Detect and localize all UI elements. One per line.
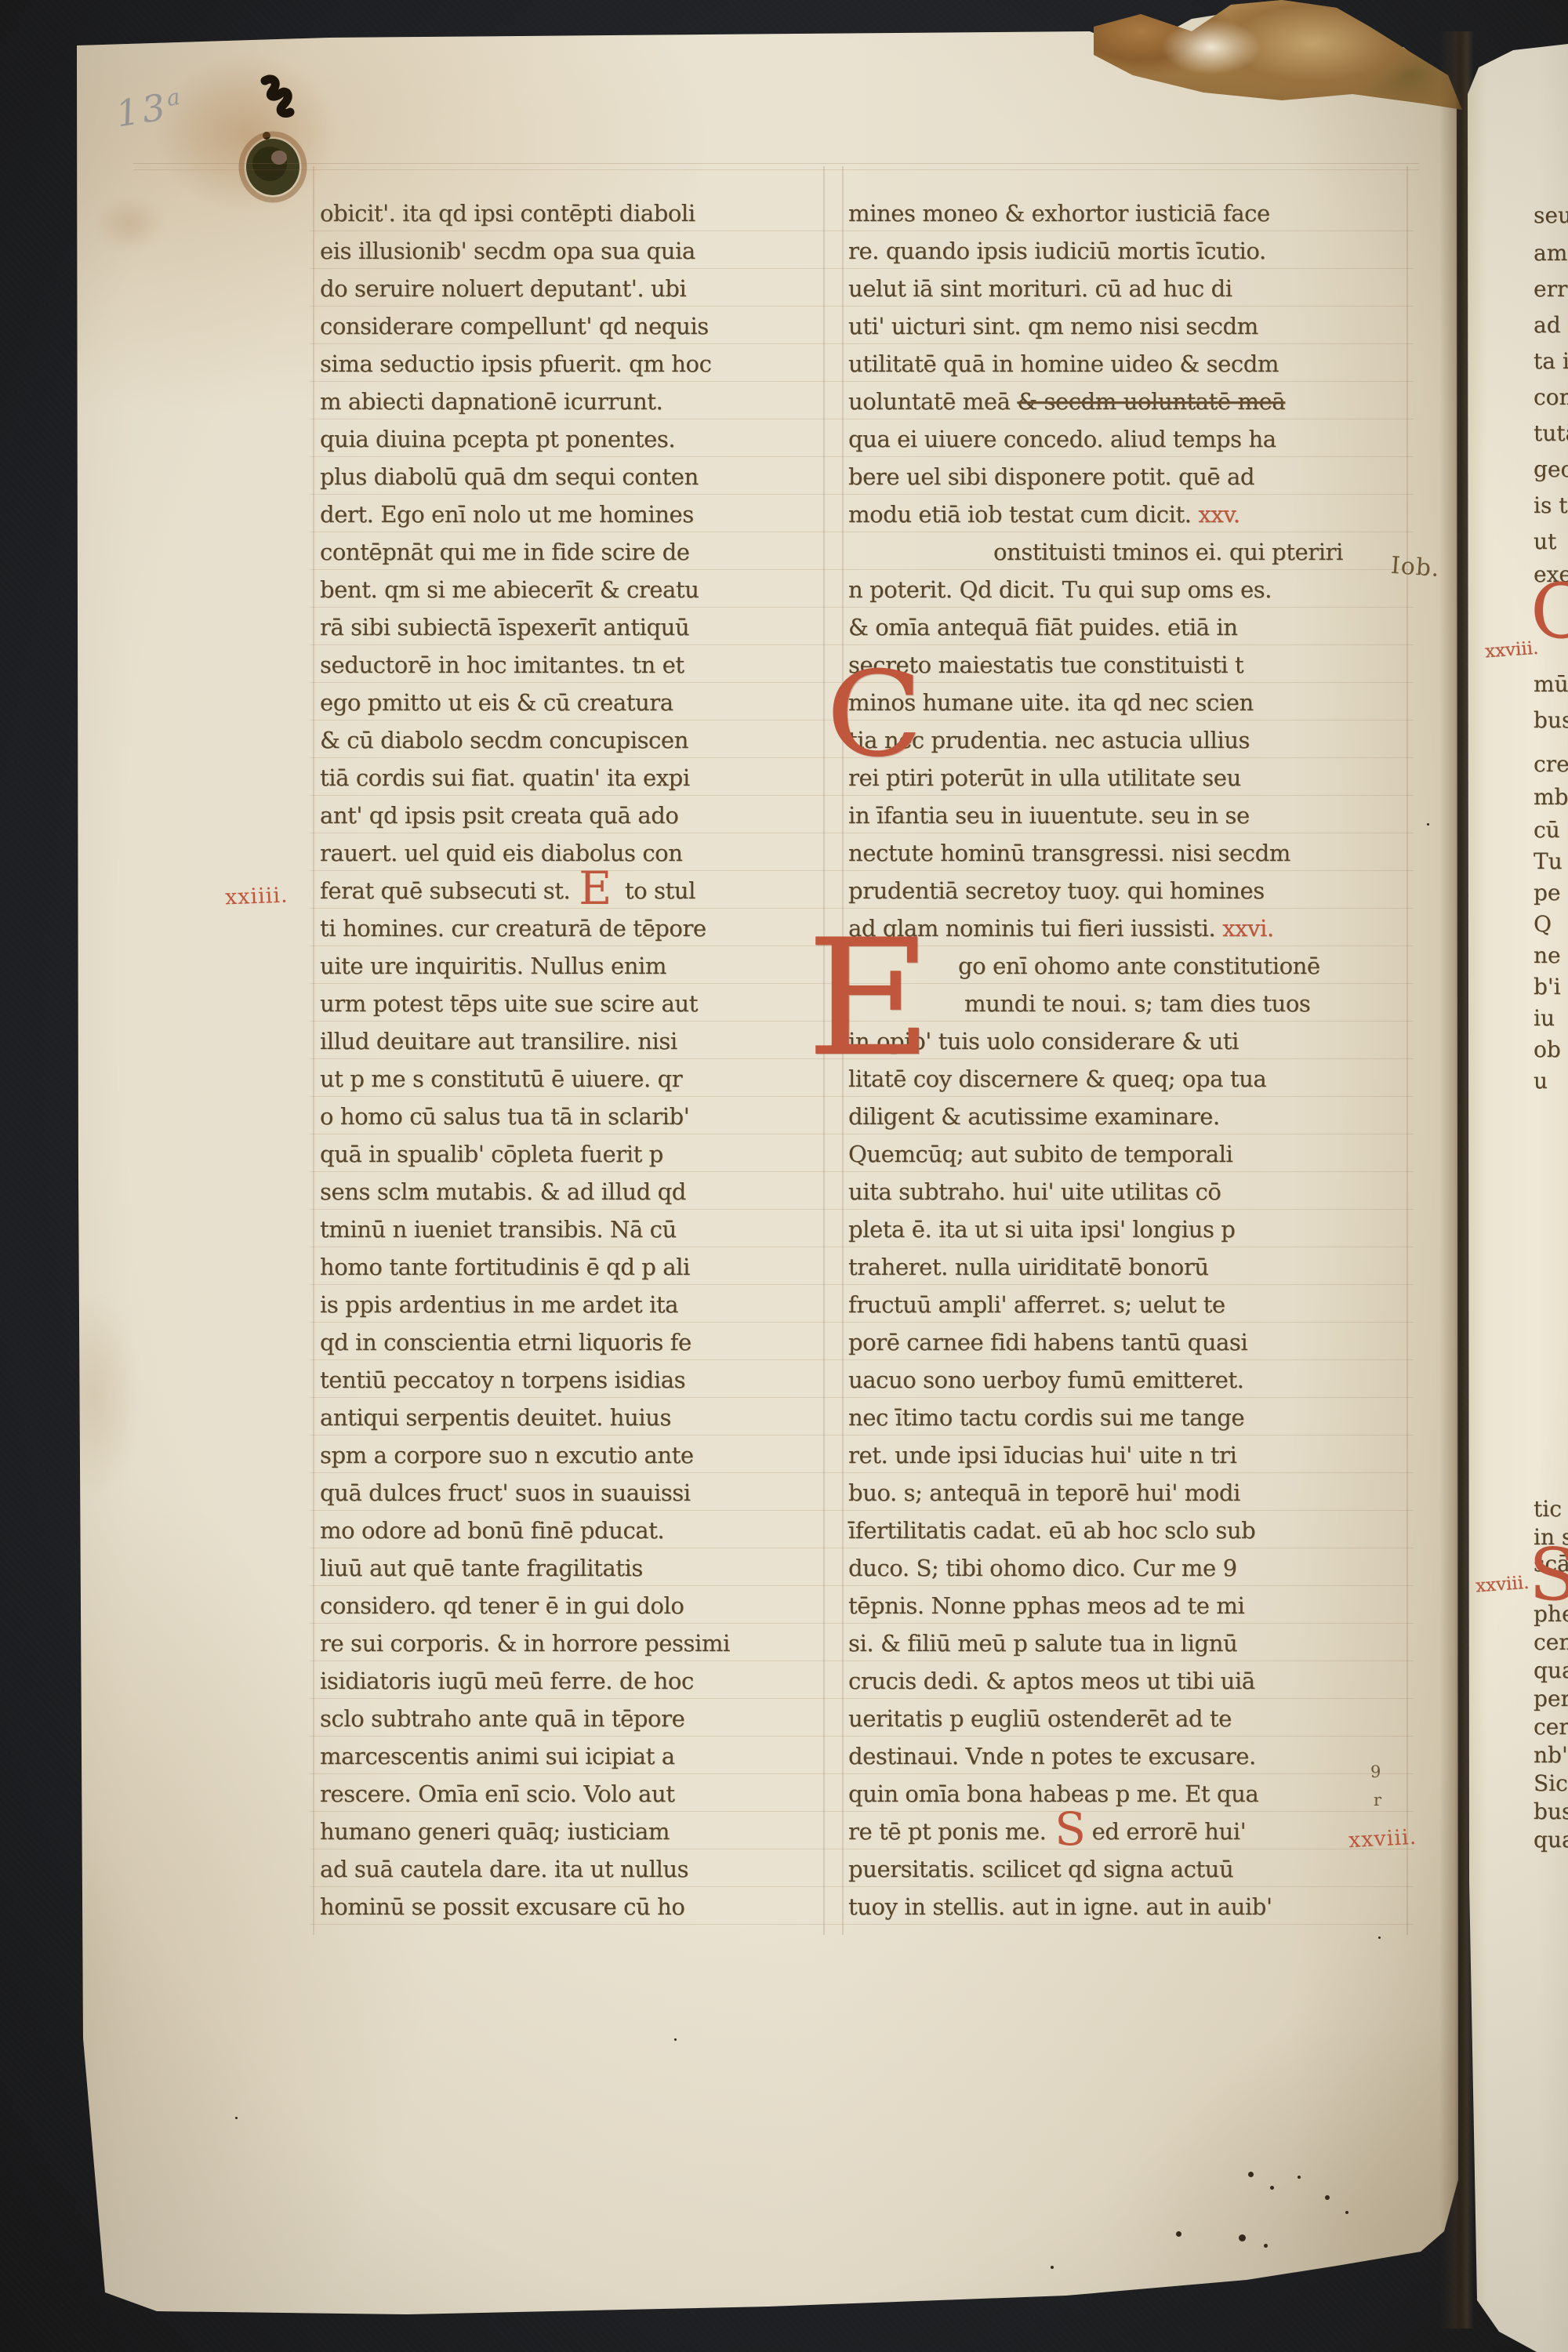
- edge-text-fragment: Sic q: [1534, 1770, 1568, 1796]
- text-line: dert. Ego enī nolo ut me homines: [320, 497, 694, 535]
- text-line: pleta ē. ita ut si uita ipsi' longius p: [848, 1212, 1235, 1250]
- edge-margin-note: xxviii.: [1484, 638, 1539, 662]
- text-line: re sui corporis. & in horrore pessimi: [320, 1626, 730, 1664]
- edge-text-fragment: tic: [1534, 1496, 1562, 1522]
- text-line: mines moneo & exhortor iusticiā face: [848, 196, 1270, 234]
- text-line: considerare compellunt' qd nequis: [320, 309, 709, 347]
- text-line: onstituisti tminos ei. qui pteriri: [848, 535, 1343, 572]
- text-line: tēpnis. Nonne pphas meos ad te mi: [848, 1588, 1244, 1626]
- edge-text-fragment: ne: [1534, 942, 1561, 968]
- text-line: ego pmitto ut eis & cū creatura: [320, 685, 673, 723]
- text-line: spm a corpore suo n excutio ante: [320, 1438, 694, 1475]
- edge-text-fragment: iu: [1534, 1005, 1555, 1031]
- text-line: crucis dedi. & aptos meos ut tibi uiā: [848, 1664, 1255, 1701]
- water-stain: [157, 55, 337, 212]
- text-line: & omīa antequā fiāt puides. etiā in: [848, 610, 1238, 648]
- parchment-speck: [1264, 2244, 1268, 2248]
- text-line: ad glam nominis tui fieri iussisti. xxvi…: [848, 911, 1274, 949]
- painted-initial-C: C: [826, 668, 923, 762]
- text-line: uti' uicturi sint. qm nemo nisi secdm: [848, 309, 1258, 347]
- text-line: uacuo sono uerboy fumū emitteret.: [848, 1363, 1244, 1400]
- edge-text-fragment: cens: [1534, 1629, 1568, 1655]
- text-line: m abiecti dapnationē icurrunt.: [320, 384, 662, 422]
- text-line: homo tante fortitudinis ē qd p ali: [320, 1250, 690, 1287]
- parchment-speck: [1239, 2234, 1246, 2241]
- edge-text-fragment: seu: [1534, 202, 1568, 228]
- text-line: porē carnee fidi habens tantū quasi: [848, 1325, 1247, 1363]
- edge-text-fragment: u: [1534, 1068, 1548, 1094]
- margin-note: Iob.: [1390, 552, 1441, 583]
- text-line: sima seductio ipsis pfuerit. qm hoc: [320, 347, 711, 384]
- text-line: ut p me s constitutū ē uiuere. qr: [320, 1062, 682, 1099]
- text-line: ad suā cautela dare. ita ut nullus: [320, 1852, 688, 1889]
- text-line: buo. s; antequā in teporē hui' modi: [848, 1475, 1240, 1513]
- edge-text-fragment: is ti: [1534, 492, 1568, 518]
- text-line: n poterit. Qd dicit. Tu qui sup oms es.: [848, 572, 1272, 610]
- text-line: isidiatoris iugū meū ferre. de hoc: [320, 1664, 694, 1701]
- folio-suffix: a: [165, 83, 185, 111]
- text-line: ti homines. cur creaturā de tēpore: [320, 911, 706, 949]
- text-line: īfertilitatis cadat. eū ab hoc sclo sub: [848, 1513, 1255, 1551]
- edge-text-fragment: quasi: [1534, 1827, 1568, 1853]
- ruling-top-line: [133, 163, 1419, 164]
- text-line: plus diabolū quā dm sequi conten: [320, 459, 699, 497]
- edge-text-fragment: pe: [1534, 880, 1561, 906]
- text-line: marcescentis animi sui icipiat a: [320, 1739, 675, 1777]
- edge-text-fragment: qua: [1534, 1657, 1568, 1683]
- painted-initial-E: E: [806, 935, 933, 1063]
- edge-text-fragment: ob: [1534, 1036, 1561, 1062]
- text-line: go enī ohomo ante constitutionē: [848, 949, 1320, 986]
- text-line: quin omīa bona habeas p me. Et qua: [848, 1777, 1258, 1814]
- parchment-speck: [1378, 1936, 1381, 1939]
- edge-red-initial-O: O: [1530, 582, 1568, 642]
- edge-text-fragment: ut: [1534, 528, 1556, 554]
- parchment-speck: [674, 2038, 677, 2041]
- ruling-lines-horizontal: [310, 230, 1414, 1932]
- edge-text-fragment: nb'o: [1534, 1742, 1568, 1768]
- edge-text-fragment: Q: [1534, 911, 1552, 937]
- parchment-speck: [1345, 2211, 1348, 2214]
- parchment-speck: [423, 1192, 426, 1194]
- text-line: litatē coy discernere & queq; opa tua: [848, 1062, 1266, 1099]
- text-line: quā dulces fruct' suos in suauissi: [320, 1475, 691, 1513]
- parchment-speck: [1298, 2176, 1301, 2179]
- margin-note: xxiiii.: [224, 884, 289, 910]
- struck-text: & secdm uoluntatē meā: [1017, 388, 1285, 415]
- ruling-right-column-right: [1406, 166, 1408, 1935]
- text-line: uelut iā sint morituri. cū ad huc di: [848, 271, 1232, 309]
- rubric-numeral: xxvi.: [1222, 915, 1274, 942]
- text-line: qd in conscientia etrni liquoris fe: [320, 1325, 691, 1363]
- edge-text-fragment: geo: [1534, 456, 1568, 482]
- text-line: uite ure inquiritis. Nullus enim: [320, 949, 666, 986]
- text-line: secreto maiestatis tue constituisti t: [848, 648, 1243, 685]
- text-line: sens sclm mutabis. & ad illud qd: [320, 1174, 686, 1212]
- text-line: fructuū ampli' afferret. s; uelut te: [848, 1287, 1225, 1325]
- text-line: in īfantia seu in iuuentute. seu in se: [848, 798, 1250, 836]
- edge-text-fragment: con: [1534, 384, 1568, 410]
- text-line: qua ei uiuere concedo. aliud temps ha: [848, 422, 1276, 459]
- text-line: prudentiā secretoy tuoy. qui homines: [848, 873, 1265, 911]
- ruling-left-column-right: [823, 166, 825, 1935]
- edge-text-fragment: cre: [1534, 751, 1568, 777]
- inline-red-initial: S: [1053, 1802, 1091, 1856]
- text-line: sclo subtraho ante quā in tēpore: [320, 1701, 684, 1739]
- text-line: tiā cordis sui fiat. quatin' ita expi: [320, 760, 690, 798]
- text-line: nec ītimo tactu cordis sui me tange: [848, 1400, 1244, 1438]
- text-line: uita subtraho. hui' uite utilitas cō: [848, 1174, 1221, 1212]
- edge-margin-note: xxviii.: [1475, 1573, 1530, 1597]
- text-line: liuū aut quē tante fragilitatis: [320, 1551, 643, 1588]
- ink-blotch: [235, 74, 392, 247]
- rubric-numeral: xxv.: [1198, 501, 1240, 528]
- edge-text-fragment: tutā: [1534, 420, 1568, 446]
- text-line: tminū n iueniet transibis. Nā cū: [320, 1212, 677, 1250]
- folio-number: 13: [113, 85, 171, 136]
- edge-text-fragment: b'i: [1534, 974, 1561, 1000]
- text-line: puersitatis. scilicet qd signa actuū: [848, 1852, 1233, 1889]
- text-line: tia nec prudentia. nec astucia ullius: [848, 723, 1250, 760]
- text-line: eis illusionib' secdm opa sua quia: [320, 234, 695, 271]
- text-line: re tē pt ponis me. Sed errorē hui': [848, 1814, 1246, 1852]
- edge-text-fragment: am: [1534, 240, 1567, 266]
- text-line: rauert. uel quid eis diabolus con: [320, 836, 683, 873]
- parchment-speck: [235, 2117, 238, 2119]
- photo-canvas: 13a obicit'. ita qd ipsi contēpti diabol…: [0, 0, 1568, 2352]
- text-line: rei ptiri poterūt in ulla utilitate seu: [848, 760, 1241, 798]
- parchment-speck: [1051, 2266, 1054, 2269]
- parchment-speck: [1248, 2172, 1254, 2177]
- text-line: & cū diabolo secdm concupiscen: [320, 723, 688, 760]
- ruling-right-column-left: [842, 166, 844, 1935]
- text-line: bere uel sibi disponere potit. quē ad: [848, 459, 1254, 497]
- text-line: bent. qm si me abiecerīt & creatu: [320, 572, 699, 610]
- water-stain-small: [94, 196, 165, 251]
- ruling-top-line2: [133, 169, 1419, 170]
- next-page-edge: seuamerread ita icontutāgeois tiutexemūb…: [1465, 0, 1568, 2352]
- text-line: modu etiā iob testat cum dicit. xxv.: [848, 497, 1240, 535]
- text-line: ueritatis p eugliū ostenderēt ad te: [848, 1701, 1232, 1739]
- parchment-speck: [1427, 823, 1429, 826]
- text-line: minos humane uite. ita qd nec scien: [848, 685, 1254, 723]
- text-line: nectute hominū transgressi. nisi secdm: [848, 836, 1290, 873]
- text-line: destinaui. Vnde n potes te excusare.: [848, 1739, 1256, 1777]
- pencil-folio-number: 13a: [113, 83, 187, 136]
- text-line: duco. S; tibi ohomo dico. Cur me 9: [848, 1551, 1237, 1588]
- text-line: considero. qd tener ē in gui dolo: [320, 1588, 684, 1626]
- parchment-speck: [1270, 2186, 1274, 2190]
- text-line: quā in spualib' cōpleta fuerit p: [320, 1137, 663, 1174]
- text-line: obicit'. ita qd ipsi contēpti diaboli: [320, 196, 695, 234]
- text-line: seductorē in hoc imitantes. tn et: [320, 648, 684, 685]
- text-line: illud deuitare aut transilire. nisi: [320, 1024, 677, 1062]
- text-line: Quemcūq; aut subito de temporali: [848, 1137, 1232, 1174]
- text-line: rā sibi subiectā īspexerīt antiquū: [320, 610, 689, 648]
- text-line: tuoy in stellis. aut in igne. aut in aui…: [848, 1889, 1272, 1927]
- manuscript-page: 13a obicit'. ita qd ipsi contēpti diabol…: [0, 0, 1466, 2321]
- text-line: hominū se possit excusare cū ho: [320, 1889, 684, 1927]
- text-line: mundi te noui. s; tam dies tuos: [848, 986, 1310, 1024]
- edge-text-fragment: mū: [1534, 671, 1568, 697]
- edge-text-fragment: erre: [1534, 276, 1568, 302]
- text-line: do seruire noluert deputant'. ubi: [320, 271, 686, 309]
- text-line: diligent & acutissime examinare.: [848, 1099, 1220, 1137]
- parchment-speck: [1325, 2195, 1330, 2200]
- text-line: ferat quē subsecuti st. E to stul: [320, 873, 695, 911]
- text-line: rescere. Omīa enī scio. Volo aut: [320, 1777, 674, 1814]
- edge-text-fragment: bus t: [1534, 1798, 1568, 1824]
- text-line: ret. unde ipsi īducias hui' uite n tri: [848, 1438, 1236, 1475]
- text-line: traheret. nulla uiriditatē bonorū: [848, 1250, 1209, 1287]
- margin-note: 9: [1370, 1762, 1381, 1781]
- edge-text-fragment: ta i: [1534, 348, 1568, 374]
- parchment-speck: [1176, 2231, 1181, 2237]
- text-line: utilitatē quā in homine uideo & secdm: [848, 347, 1279, 384]
- text-line: re. quando ipsis iudiciū mortis īcutio.: [848, 234, 1266, 271]
- text-line: antiqui serpentis deuitet. huius: [320, 1400, 671, 1438]
- ruling-left-column-left: [313, 166, 314, 1935]
- edge-text-fragment: Tu: [1534, 848, 1563, 874]
- text-line: contēpnāt qui me in fide scire de: [320, 535, 690, 572]
- text-line: urm potest tēps uite sue scire aut: [320, 986, 698, 1024]
- edge-text-fragment: pere: [1534, 1686, 1568, 1711]
- text-line: mo odore ad bonū finē pducat.: [320, 1513, 664, 1551]
- edge-red-initial-S: S: [1529, 1546, 1568, 1604]
- edge-text-fragment: ceru: [1534, 1714, 1568, 1740]
- text-line: humano generi quāq; iusticiam: [320, 1814, 670, 1852]
- text-line: o homo cū salus tua tā in sclarib': [320, 1099, 689, 1137]
- text-line: is ppis ardentius in me ardet ita: [320, 1287, 678, 1325]
- text-line: si. & filiū meū p salute tua in lignū: [848, 1626, 1237, 1664]
- edge-text-fragment: bus: [1534, 707, 1568, 733]
- text-line: quia diuina pcepta pt ponentes.: [320, 422, 675, 459]
- text-line: in opib' tuis uolo considerare & uti: [848, 1024, 1239, 1062]
- edge-text-fragment: mb: [1534, 784, 1568, 810]
- margin-note: r: [1374, 1791, 1382, 1809]
- text-line: uoluntatē meā & secdm uoluntatē meā: [848, 384, 1285, 422]
- text-line: ant' qd ipsis psit creata quā ado: [320, 798, 678, 836]
- inline-red-initial: E: [577, 862, 618, 915]
- edge-text-fragment: ad i: [1534, 312, 1568, 338]
- margin-note: xxviii.: [1348, 1825, 1417, 1853]
- edge-text-fragment: cū: [1534, 817, 1560, 843]
- text-line: tentiū peccatoy n torpens isidias: [320, 1363, 685, 1400]
